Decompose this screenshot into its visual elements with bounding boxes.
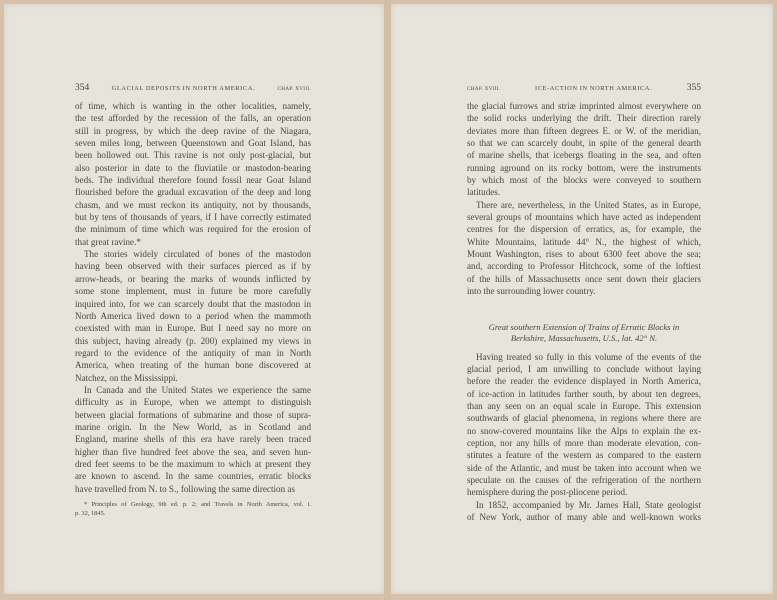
text-line: the test afforded by the recession of th… (75, 112, 311, 124)
text-line: deviates more than fifteen degrees E. or… (467, 125, 701, 137)
text-line: but by tens of thousands of years, if I … (75, 211, 311, 223)
text-line: of time, which is wanting in the other l… (75, 100, 311, 112)
text-line: inquired into, for we can scarcely doubt… (75, 298, 311, 310)
left-text-block: 354 GLACIAL DEPOSITS IN NORTH AMERICA. C… (75, 83, 311, 495)
footnote-line: p. 32, 1845. (75, 509, 311, 518)
text-line: no snow-covered mountains like the Alps … (467, 425, 701, 437)
text-line: speculate on the causes of the refrigera… (467, 474, 701, 486)
text-line: of New York, author of many able and wel… (467, 511, 701, 523)
text-line: beds. The individual therefore found fos… (75, 174, 311, 186)
text-line: of ice-action in latitudes farther south… (467, 388, 701, 400)
text-line: In Canada and the United States we exper… (75, 384, 311, 396)
text-line: North America lived down to a period whe… (75, 310, 311, 322)
paragraph: the glacial furrows and striæ imprinted … (467, 100, 701, 199)
text-line: England, marine shells of this era have … (75, 433, 311, 445)
text-line: so that we can scarcely doubt, in spite … (467, 137, 701, 149)
text-line: into the surrounding lower country. (467, 285, 701, 297)
text-line: In 1852, accompanied by Mr. James Hall, … (467, 499, 701, 511)
chapter-label: CHAP. XVIII. (278, 86, 311, 92)
text-line: than any seen on an equal scale in Europ… (467, 400, 701, 412)
running-header-left: 354 GLACIAL DEPOSITS IN NORTH AMERICA. C… (75, 83, 311, 96)
page-number: 355 (687, 83, 701, 93)
text-line: hemisphere during the post-pliocene peri… (467, 486, 701, 498)
running-title: GLACIAL DEPOSITS IN NORTH AMERICA. (112, 85, 256, 92)
text-line: are known to ascend. In the same countri… (75, 470, 311, 482)
text-line: glacial period, I am unwilling to conclu… (467, 363, 701, 375)
right-page: CHAP. XVIII. ICE-ACTION IN NORTH AMERICA… (391, 4, 773, 594)
footnote: * Principles of Geology, 9th ed. p. 2; a… (75, 500, 311, 519)
text-line: Mount Washington, rises to about 6300 fe… (467, 248, 701, 260)
text-line: several groups of mountains which have a… (467, 211, 701, 223)
text-line: stitutes a feature of the western as com… (467, 449, 701, 461)
paragraph: There are, nevertheless, in the United S… (467, 199, 701, 298)
text-line: regard to the evidence of the antiquity … (75, 347, 311, 359)
text-line: of the hills of Massachusetts once sent … (467, 273, 701, 285)
text-line: difficulty as in Europe, when we attempt… (75, 396, 311, 408)
text-line: by which most of the blocks were conveye… (467, 174, 701, 186)
book-gutter (384, 0, 391, 600)
text-line: coexisted with man in Europe. But I need… (75, 322, 311, 334)
text-line: the solid rocks underlying the drift. Th… (467, 112, 701, 124)
text-line: of marine shells, that icebergs floating… (467, 149, 701, 161)
text-line: Natchez, on the Mississippi. (75, 372, 311, 384)
text-line: still in progress, by which the deep rav… (75, 125, 311, 137)
text-line: been hollowed out. This ravine is not on… (75, 149, 311, 161)
paragraph: In 1852, accompanied by Mr. James Hall, … (467, 499, 701, 524)
text-line: the minimum of time which was required f… (75, 223, 311, 235)
right-body-text-before: the glacial furrows and striæ imprinted … (467, 100, 701, 298)
section-heading-line: Great southern Extension of Trains of Er… (467, 322, 701, 334)
text-line: chasm, and we must reckon its antiquity,… (75, 199, 311, 211)
paragraph: of time, which is wanting in the other l… (75, 100, 311, 248)
text-line: southwards of glacial phenomena, in regi… (467, 412, 701, 424)
text-line: America, when treating of the human bone… (75, 359, 311, 371)
text-line: centres for the dispersion of erratics, … (467, 223, 701, 235)
right-text-block: CHAP. XVIII. ICE-ACTION IN NORTH AMERICA… (467, 83, 701, 523)
text-line: some stone implement, must in future be … (75, 285, 311, 297)
text-line: seven miles long, between Queenstown and… (75, 137, 311, 149)
footnote-line: * Principles of Geology, 9th ed. p. 2; a… (75, 500, 311, 509)
text-line: dred feet seems to be the maximum to whi… (75, 458, 311, 470)
section-heading-line: Berkshire, Massachusetts, U.S., lat. 42°… (467, 333, 701, 345)
text-line: The stories widely circulated of bones o… (75, 248, 311, 260)
text-line: this subject, having already (p. 200) ex… (75, 335, 311, 347)
paragraph: In Canada and the United States we exper… (75, 384, 311, 495)
text-line: Having treated so fully in this volume o… (467, 351, 701, 363)
text-line: higher than five hundred feet above the … (75, 446, 311, 458)
text-line: also posterior in date to the fluviatile… (75, 162, 311, 174)
text-line: arrow-heads, or bearing the marks of wou… (75, 273, 311, 285)
text-line: that great ravine.* (75, 236, 311, 248)
text-line: White Mountains, latitude 44° N., the hi… (467, 236, 701, 248)
page-number: 354 (75, 83, 89, 93)
text-line: have travelled from N. to S., following … (75, 483, 311, 495)
left-page: 354 GLACIAL DEPOSITS IN NORTH AMERICA. C… (4, 4, 384, 594)
text-line: marine origin. In the New World, as in S… (75, 421, 311, 433)
text-line: side of the Atlantic, and must be taken … (467, 462, 701, 474)
left-body-text: of time, which is wanting in the other l… (75, 100, 311, 495)
section-heading: Great southern Extension of Trains of Er… (467, 322, 701, 345)
text-line: between glacial formations of submarine … (75, 409, 311, 421)
text-line: flourished before the gradual excavation… (75, 186, 311, 198)
text-line: running aground on its rocky bottom, wer… (467, 162, 701, 174)
text-line: having been observed with their surfaces… (75, 260, 311, 272)
text-line: There are, nevertheless, in the United S… (467, 199, 701, 211)
text-line: latitudes. (467, 186, 701, 198)
running-title: ICE-ACTION IN NORTH AMERICA. (535, 85, 652, 92)
right-body-text-after: Having treated so fully in this volume o… (467, 351, 701, 524)
text-line: before the reader the evidence displayed… (467, 375, 701, 387)
text-line: and, according to Professor Hitchcock, s… (467, 260, 701, 272)
paragraph: The stories widely circulated of bones o… (75, 248, 311, 384)
paragraph: Having treated so fully in this volume o… (467, 351, 701, 499)
chapter-label: CHAP. XVIII. (467, 86, 500, 92)
text-line: the glacial furrows and striæ imprinted … (467, 100, 701, 112)
text-line: ception, nor any hills of more than mode… (467, 437, 701, 449)
running-header-right: CHAP. XVIII. ICE-ACTION IN NORTH AMERICA… (467, 83, 701, 96)
